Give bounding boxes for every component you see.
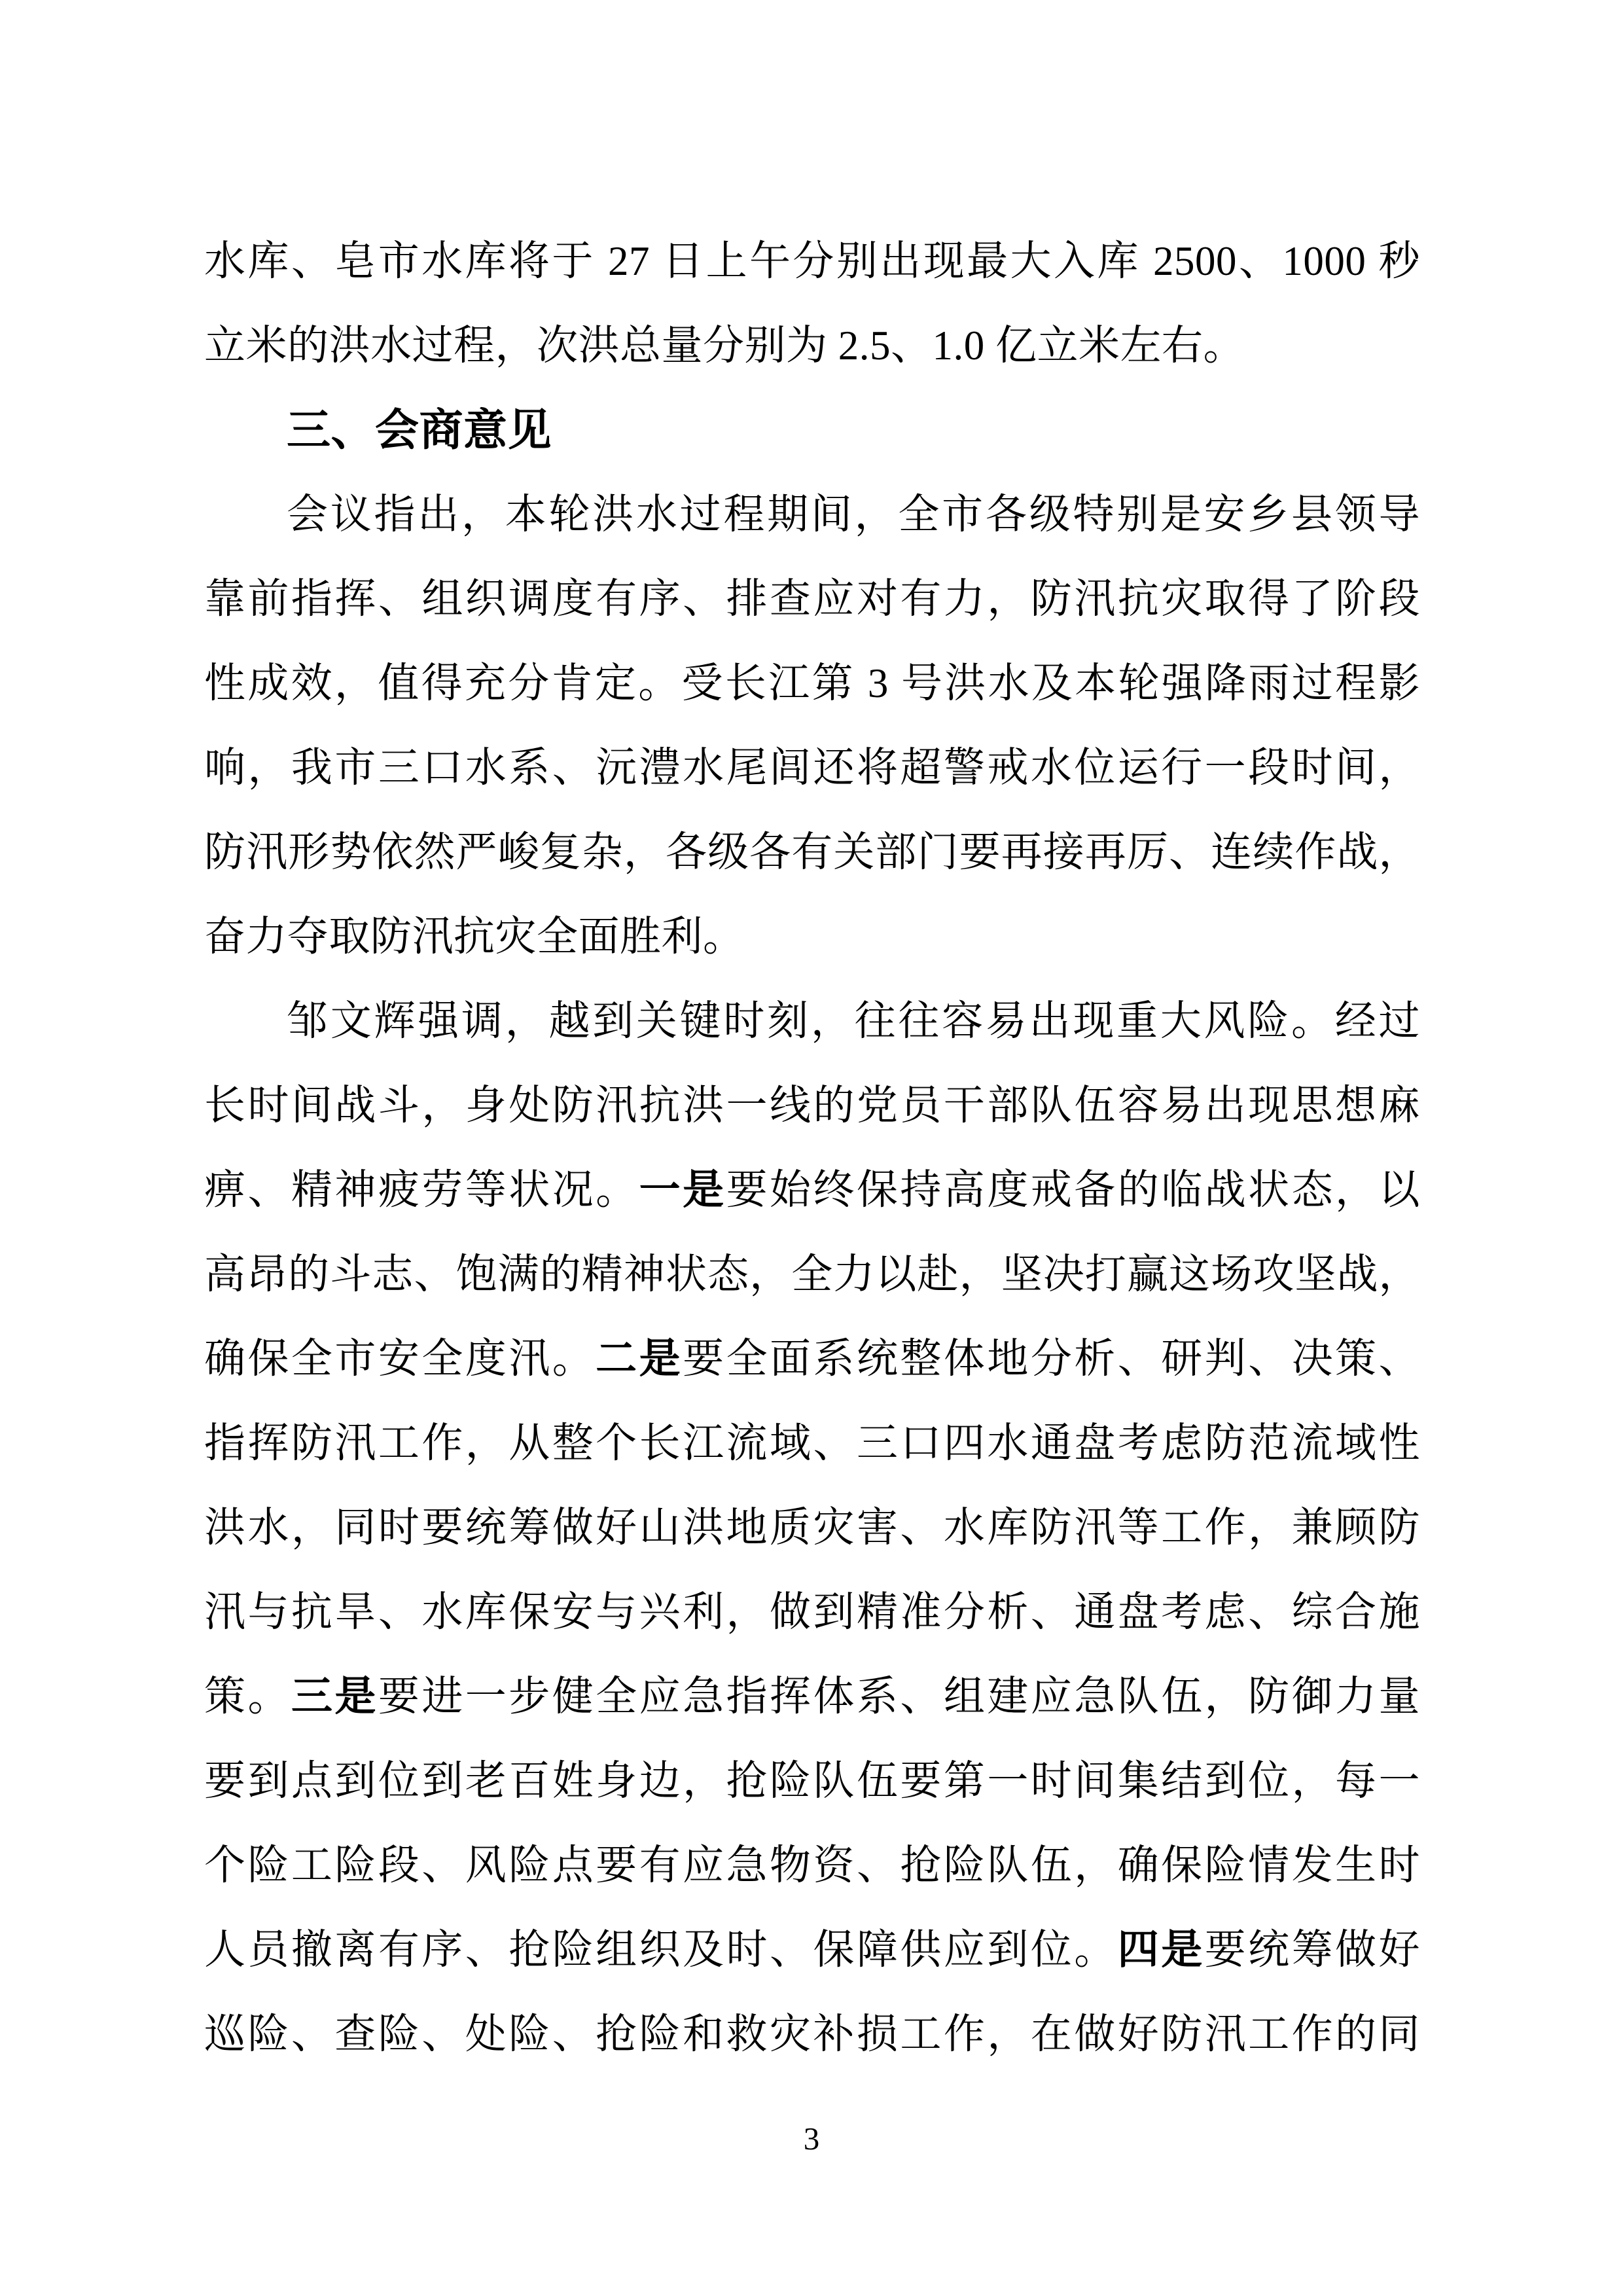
body-text: 人员撤离有序、抢险组织及时、保障供应到位。	[204, 1927, 1118, 1973]
body-text: 高昂的斗志、饱满的精神状态，全力以赴，坚决打赢这场攻坚战，	[204, 1251, 1420, 1297]
text-line: 汛与抗旱、水库保安与兴利，做到精准分析、通盘考虑、综合施	[204, 1570, 1420, 1655]
body-text: 汛与抗旱、水库保安与兴利，做到精准分析、通盘考虑、综合施	[204, 1589, 1420, 1635]
body-text: 邹文辉强调，越到关键时刻，往往容易出现重大风险。经过	[287, 998, 1420, 1044]
text-line: 要到点到位到老百姓身边，抢险队伍要第一时间集结到位，每一	[204, 1739, 1420, 1823]
text-line: 性成效，值得充分肯定。受长江第 3 号洪水及本轮强降雨过程影	[204, 641, 1420, 726]
document-page: 水库、皂市水库将于 27 日上午分别出现最大入库 2500、1000 秒立米的洪…	[0, 0, 1623, 2296]
text-line: 痹、精神疲劳等状况。一是要始终保持高度戒备的临战状态，以	[204, 1148, 1420, 1232]
body-text: 性成效，值得充分肯定。受长江第 3 号洪水及本轮强降雨过程影	[204, 660, 1420, 706]
body-text: 策。	[204, 1674, 291, 1719]
body-text: 长时间战斗，身处防汛抗洪一线的党员干部队伍容易出现思想麻	[204, 1083, 1420, 1128]
body-text: 指挥防汛工作，从整个长江流域、三口四水通盘考虑防范流域性	[204, 1420, 1420, 1466]
text-line: 长时间战斗，身处防汛抗洪一线的党员干部队伍容易出现思想麻	[204, 1064, 1420, 1148]
body-text: 水库、皂市水库将于 27 日上午分别出现最大入库 2500、1000 秒	[204, 238, 1420, 284]
body-text: 要到点到位到老百姓身边，抢险队伍要第一时间集结到位，每一	[204, 1758, 1420, 1804]
body-text: 要进一步健全应急指挥体系、组建应急队伍，防御力量	[378, 1674, 1420, 1719]
emphasis-text: 二是	[596, 1336, 683, 1382]
body-text: 响，我市三口水系、沅澧水尾闾还将超警戒水位运行一段时间，	[204, 745, 1420, 791]
text-line: 靠前指挥、组织调度有序、排查应对有力，防汛抗灾取得了阶段	[204, 557, 1420, 641]
body-text: 巡险、查险、处险、抢险和救灾补损工作，在做好防汛工作的同	[204, 2011, 1420, 2057]
text-line: 防汛形势依然严峻复杂，各级各有关部门要再接再厉、连续作战，	[204, 810, 1420, 895]
section-heading: 三、会商意见	[204, 388, 1420, 473]
body-text: 洪水，同时要统筹做好山洪地质灾害、水库防汛等工作，兼顾防	[204, 1505, 1420, 1551]
emphasis-text: 四是	[1118, 1927, 1205, 1973]
text-line: 确保全市安全度汛。二是要全面系统整体地分析、研判、决策、	[204, 1317, 1420, 1401]
text-line: 洪水，同时要统筹做好山洪地质灾害、水库防汛等工作，兼顾防	[204, 1486, 1420, 1570]
emphasis-text: 三、会商意见	[287, 406, 552, 455]
text-line: 会议指出，本轮洪水过程期间，全市各级特别是安乡县领导	[204, 473, 1420, 557]
text-line: 高昂的斗志、饱满的精神状态，全力以赴，坚决打赢这场攻坚战，	[204, 1232, 1420, 1317]
text-line: 个险工险段、风险点要有应急物资、抢险队伍，确保险情发生时	[204, 1823, 1420, 1908]
body-text: 奋力夺取防汛抗灾全面胜利。	[204, 914, 745, 960]
text-line: 巡险、查险、处险、抢险和救灾补损工作，在做好防汛工作的同	[204, 1992, 1420, 2077]
text-line: 水库、皂市水库将于 27 日上午分别出现最大入库 2500、1000 秒	[204, 219, 1420, 304]
text-line: 响，我市三口水系、沅澧水尾闾还将超警戒水位运行一段时间，	[204, 726, 1420, 810]
body-text: 会议指出，本轮洪水过程期间，全市各级特别是安乡县领导	[287, 492, 1420, 537]
body-text: 要始终保持高度戒备的临战状态，以	[726, 1167, 1420, 1213]
body-text: 要全面系统整体地分析、研判、决策、	[683, 1336, 1420, 1382]
body-text: 防汛形势依然严峻复杂，各级各有关部门要再接再厉、连续作战，	[204, 829, 1420, 875]
page-number: 3	[0, 2119, 1623, 2159]
body-text: 确保全市安全度汛。	[204, 1336, 596, 1382]
document-body: 水库、皂市水库将于 27 日上午分别出现最大入库 2500、1000 秒立米的洪…	[204, 219, 1420, 2077]
text-line: 指挥防汛工作，从整个长江流域、三口四水通盘考虑防范流域性	[204, 1401, 1420, 1486]
body-text: 痹、精神疲劳等状况。	[204, 1167, 639, 1213]
body-text: 要统筹做好	[1205, 1927, 1420, 1973]
emphasis-text: 一是	[639, 1167, 726, 1213]
text-line: 人员撤离有序、抢险组织及时、保障供应到位。四是要统筹做好	[204, 1908, 1420, 1992]
body-text: 立米的洪水过程，次洪总量分别为 2.5、1.0 亿立米左右。	[204, 323, 1245, 368]
text-line: 立米的洪水过程，次洪总量分别为 2.5、1.0 亿立米左右。	[204, 304, 1420, 388]
text-line: 邹文辉强调，越到关键时刻，往往容易出现重大风险。经过	[204, 979, 1420, 1064]
body-text: 个险工险段、风险点要有应急物资、抢险队伍，确保险情发生时	[204, 1842, 1420, 1888]
emphasis-text: 三是	[291, 1674, 378, 1719]
text-line: 策。三是要进一步健全应急指挥体系、组建应急队伍，防御力量	[204, 1655, 1420, 1739]
body-text: 靠前指挥、组织调度有序、排查应对有力，防汛抗灾取得了阶段	[204, 576, 1420, 622]
text-line: 奋力夺取防汛抗灾全面胜利。	[204, 895, 1420, 979]
